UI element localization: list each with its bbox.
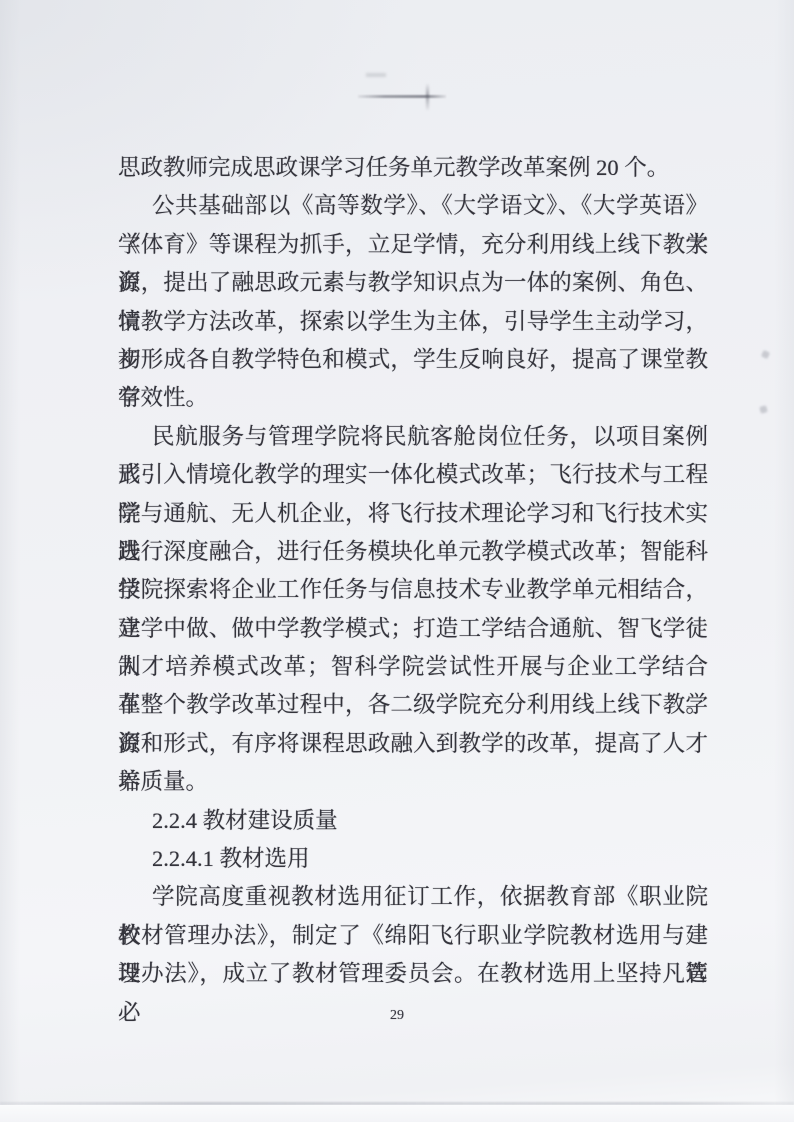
pen-smudge-horizontal xyxy=(358,95,446,98)
text-line: 理办法》，成立了教材管理委员会。在教材选用上坚持凡选必 xyxy=(118,955,708,993)
text-line: 式引入情境化教学的理实一体化模式改革；飞行技术与工程学 xyxy=(118,456,708,494)
text-line: 教材管理办法》，制定了《绵阳飞行职业学院教材选用与建设管 xyxy=(118,917,708,955)
text-line: 民航服务与管理学院将民航客舱岗位任务，以项目案例形 xyxy=(118,418,708,456)
text-line: 源，提出了融思政元素与教学知识点为一体的案例、角色、情 xyxy=(118,264,708,302)
scanner-background xyxy=(0,1105,794,1122)
text-line: 进行深度融合，进行任务模块化单元教学模式改革；智能科技 xyxy=(118,533,708,571)
text-line: 人才培养模式改革；智科学院尝试性开展与企业工学结合革。 xyxy=(118,648,708,686)
text-line: 源和形式，有序将课程思政融入到教学的改革，提高了人才培 xyxy=(118,725,708,763)
page-number: 29 xyxy=(0,1008,794,1024)
section-heading: 2.2.4.1 教材选用 xyxy=(118,840,708,878)
text-line: 步形成各自教学特色和模式，学生反响良好，提高了课堂教学 xyxy=(118,341,708,379)
text-line: 养质量。 xyxy=(118,763,708,801)
pen-smudge-dot xyxy=(366,73,386,77)
text-line: 境教学方法改革，探索以学生为主体，引导学生主动学习，初 xyxy=(118,303,708,341)
text-line: 有效性。 xyxy=(118,379,708,417)
text-line: 立学中做、做中学教学模式；打造工学结合通航、智飞学徒制 xyxy=(118,610,708,648)
scan-speck xyxy=(759,405,768,414)
document-body: 思政教师完成思政课学习任务单元教学改革案例 20 个。 公共基础部以《高等数学》… xyxy=(118,149,708,994)
scanned-document-page: 思政教师完成思政课学习任务单元教学改革案例 20 个。 公共基础部以《高等数学》… xyxy=(0,0,794,1122)
pen-smudge-vertical xyxy=(426,84,429,110)
text-line: 公共基础部以《高等数学》、《大学语文》、《大学英语》《大 xyxy=(118,187,708,225)
text-line: 学体育》等课程为抓手，立足学情，充分利用线上线下教学资 xyxy=(118,226,708,264)
text-line: 在整个教学改革过程中，各二级学院充分利用线上线下教学资 xyxy=(118,686,708,724)
scan-speck xyxy=(761,350,770,359)
text-line: 思政教师完成思政课学习任务单元教学改革案例 20 个。 xyxy=(118,149,708,187)
text-line: 学院探索将企业工作任务与信息技术专业教学单元相结合，建 xyxy=(118,571,708,609)
text-line: 院与通航、无人机企业，将飞行技术理论学习和飞行技术实践 xyxy=(118,495,708,533)
text-line: 学院高度重视教材选用征订工作，依据教育部《职业院校 xyxy=(118,878,708,916)
section-heading: 2.2.4 教材建设质量 xyxy=(118,802,708,840)
